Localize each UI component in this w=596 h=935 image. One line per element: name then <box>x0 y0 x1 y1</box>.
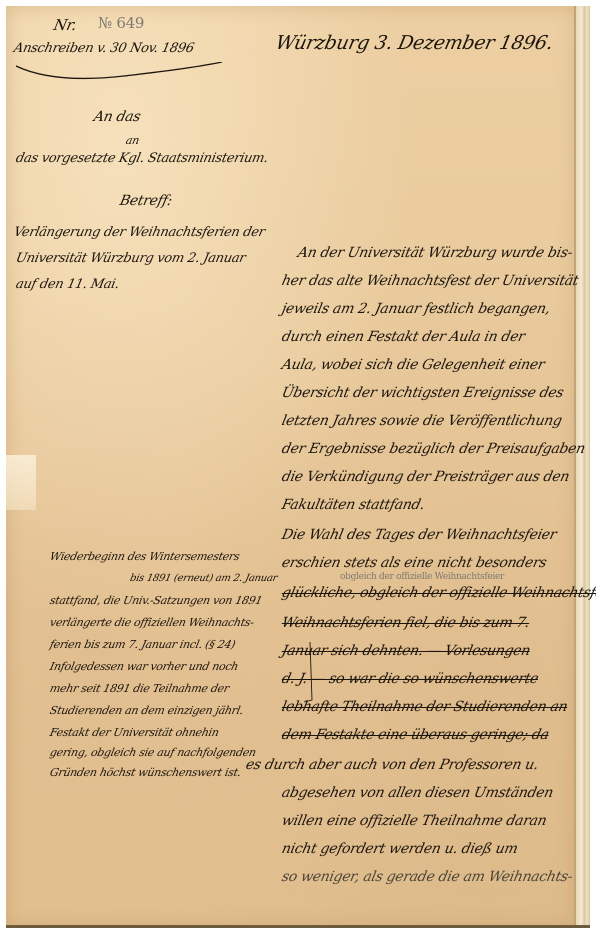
body-line-20: abgesehen von allen diesen Umständen <box>280 784 555 802</box>
body-line-1: An der Universität Würzburg wurde bis- <box>296 244 574 262</box>
body-line-10: Fakultäten stattfand. <box>280 496 426 514</box>
margin-line-6: Infolgedessen war vorher und noch <box>48 658 240 676</box>
body-line-9: die Verkündigung der Preisträger aus den <box>280 468 571 486</box>
margin-line-7: mehr seit 1891 die Teilnahme der <box>48 680 231 698</box>
address-line-1: An das <box>92 108 142 126</box>
margin-line-9: Festakt der Universität ohnehin <box>48 724 220 742</box>
address-line-3: das vorgesetzte Kgl. Staatsministerium. <box>14 150 270 168</box>
margin-line-4: verlängerte die offiziellen Weihnachts- <box>48 614 255 632</box>
body-line-11: Die Wahl des Tages der Weihnachtsfeier <box>280 526 558 544</box>
margin-line-11: Gründen höchst wünschenswert ist. <box>48 764 243 782</box>
body-line-3: jeweils am 2. Januar festlich begangen, <box>280 300 552 318</box>
subject-line-1: Verlängerung der Weihnachtsferien der <box>12 224 266 242</box>
margin-line-5: ferien bis zum 7. Januar incl. (§ 24) <box>48 636 237 654</box>
page-bottom-edge <box>6 925 590 928</box>
body-line-22: nicht gefordert werden u. dieß um <box>280 840 519 858</box>
body-line-21: willen eine offizielle Theilnahme daran <box>280 812 548 830</box>
body-line-6: Übersicht der wichtigsten Ereignisse des <box>280 384 565 402</box>
body-line-23: so weniger, als gerade die am Weihnachts… <box>280 868 574 886</box>
body-line-14: Weihnachtsferien fiel, die bis zum 7. <box>280 614 531 632</box>
paper-stain <box>6 455 36 510</box>
ref-line: Anschreiben v. 30 Nov. 1896 <box>12 40 195 58</box>
interlinear-insert: obgleich der offizielle Weihnachtsfeier <box>340 572 504 582</box>
insertion-connector <box>300 640 340 710</box>
body-line-18: dem Festakte eine überaus geringe; da <box>280 726 551 744</box>
body-line-12: erschien stets als eine nicht besonders <box>280 554 548 572</box>
body-line-5: Aula, wobei sich die Gelegenheit einer <box>280 356 546 374</box>
subject-label: Betreff: <box>118 192 174 210</box>
margin-line-3: stattfand, die Univ.-Satzungen von 1891 <box>48 592 264 610</box>
margin-line-8: Studierenden an dem einzigen jährl. <box>48 702 245 720</box>
body-line-13: glückliche, obgleich der offizielle Weih… <box>280 584 596 602</box>
body-line-19: es durch aber auch von den Professoren u… <box>244 756 540 774</box>
margin-line-1: Wiederbeginn des Wintersemesters <box>48 548 241 566</box>
subject-line-3: auf den 11. Mai. <box>14 276 121 294</box>
body-line-7: letzten Jahres sowie die Veröffentlichun… <box>280 412 564 430</box>
place-date: Würzburg 3. Dezember 1896. <box>274 34 555 52</box>
ref-number-pencil: № 649 <box>98 14 144 32</box>
margin-line-10: gering, obgleich sie auf nachfolgenden <box>48 744 258 762</box>
ref-label: Nr. <box>52 16 78 34</box>
bound-pages-edge <box>576 6 590 927</box>
body-line-2: her das alte Weihnachtsfest der Universi… <box>280 272 580 290</box>
subject-line-2: Universität Würzburg vom 2. Januar <box>14 250 247 268</box>
ref-underline <box>14 62 224 82</box>
margin-line-2: bis 1891 (erneut) am 2. Januar <box>128 570 279 588</box>
body-line-8: der Ergebnisse bezüglich der Preisaufgab… <box>280 440 587 458</box>
body-line-4: durch einen Festakt der Aula in der <box>280 328 526 346</box>
